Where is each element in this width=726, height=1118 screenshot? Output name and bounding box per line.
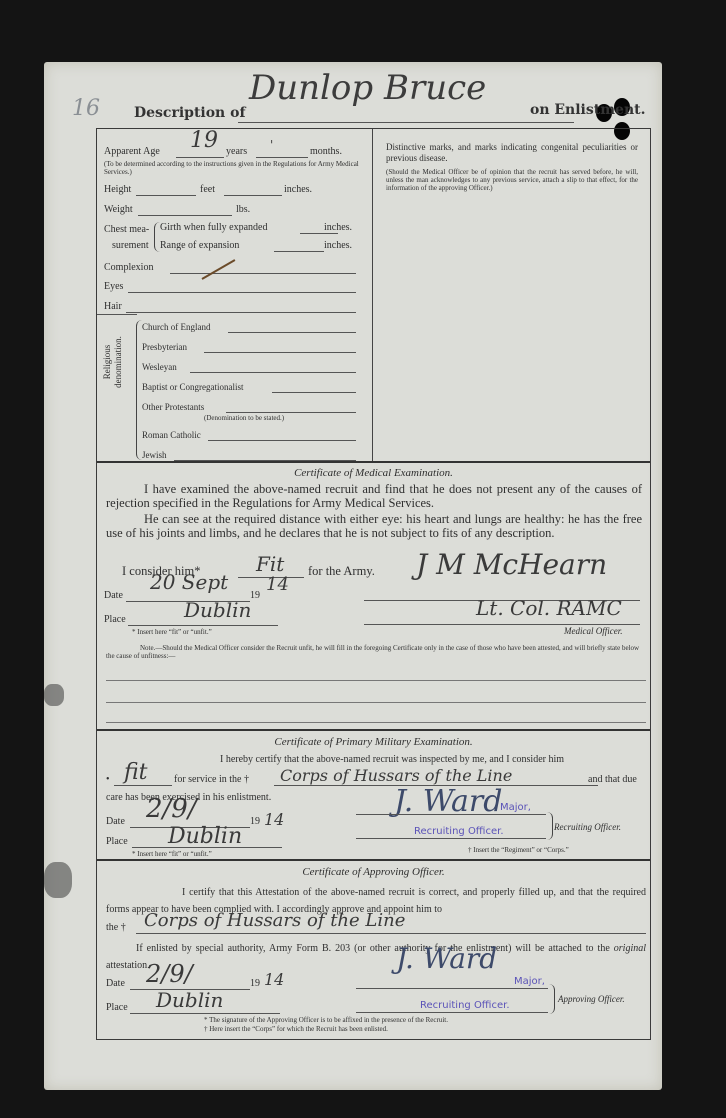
- lbs-label: lbs.: [236, 204, 250, 216]
- medical-para-2: He can see at the required distance with…: [106, 512, 642, 540]
- religion-side-label-line1: Religious: [102, 322, 113, 402]
- range-line: [274, 251, 324, 252]
- religion-side-label-line2: denomination.: [113, 322, 124, 402]
- section-divider: [97, 859, 650, 861]
- medical-date-label: Date: [104, 590, 123, 602]
- and-that-due: and that due: [588, 774, 637, 786]
- religion-line: [204, 352, 356, 353]
- recruiting-stamp-title: Recruiting Officer.: [414, 826, 504, 837]
- medical-place-label: Place: [104, 614, 126, 626]
- primary-year-prefix: 19: [250, 816, 260, 828]
- eyes-label: Eyes: [104, 281, 123, 293]
- primary-date-value: 2/9/: [146, 794, 197, 824]
- other-protestants-note: (Denomination to be stated.): [204, 414, 284, 422]
- girth-label: Girth when fully expanded: [160, 222, 267, 234]
- months-label: months.: [310, 146, 342, 158]
- weight-line: [138, 215, 232, 216]
- enlistment-form-page: 16 Description of Dunlop Bruce on Enlist…: [44, 62, 662, 1090]
- complexion-line: [170, 273, 356, 274]
- regiment-note: † Insert the “Regiment” or “Corps.”: [468, 846, 569, 854]
- medical-year-value: 14: [266, 574, 289, 595]
- religion-roman-catholic: Roman Catholic: [142, 430, 201, 441]
- service-value: Corps of Hussars of the Line: [280, 766, 512, 785]
- religion-line: [272, 392, 356, 393]
- section-divider: [97, 461, 650, 463]
- religion-jewish: Jewish: [142, 450, 167, 461]
- unfitness-line: [106, 680, 646, 681]
- age-years-value: 19: [190, 128, 218, 153]
- approving-year-prefix: 19: [250, 978, 260, 990]
- approving-brace: [548, 984, 555, 1014]
- weight-label: Weight: [104, 204, 133, 216]
- medical-officer-rank: Lt. Col. RAMC: [476, 596, 622, 620]
- height-label: Height: [104, 184, 131, 196]
- section-divider: [97, 729, 650, 731]
- medical-officer-signature: J M McHearn: [416, 548, 607, 581]
- medical-officer-label: Medical Officer.: [564, 626, 622, 637]
- primary-year-value: 14: [264, 810, 284, 829]
- approving-officer-label: Approving Officer.: [558, 994, 625, 1005]
- approving-para-2-end: attestation.: [106, 960, 150, 971]
- medical-para-1-text: I have examined the above-named recruit …: [106, 482, 642, 510]
- unfitness-line: [106, 702, 646, 703]
- approving-para-2-text: If enlisted by special authority, Army F…: [136, 943, 610, 954]
- recruiting-stamp-rank: Major,: [500, 802, 531, 813]
- the-label: the †: [106, 922, 126, 934]
- complexion-label: Complexion: [104, 262, 153, 274]
- primary-line-1: I hereby certify that the above-named re…: [220, 754, 646, 766]
- eyes-line: [128, 292, 356, 293]
- primary-insert-note: * Insert here “fit” or “unfit.”: [132, 850, 212, 858]
- approving-year-value: 14: [264, 970, 284, 989]
- approving-officer-signature: J. Ward: [396, 942, 497, 975]
- unfitness-line: [106, 722, 646, 723]
- medical-insert-note: * Insert here “fit” or “unfit.”: [132, 628, 212, 636]
- religion-wesleyan: Wesleyan: [142, 362, 177, 373]
- primary-place-label: Place: [106, 836, 128, 848]
- height-feet-line: [136, 195, 196, 196]
- religion-line: [228, 332, 356, 333]
- medical-year-prefix: 19: [250, 590, 260, 602]
- header-suffix: on Enlistment.: [530, 102, 645, 118]
- service-label: for service in the †: [174, 774, 249, 786]
- medical-place-value: Dublin: [184, 598, 251, 622]
- header-prefix: Description of: [134, 105, 245, 121]
- inches-label: inches.: [284, 184, 312, 196]
- medical-para-1: I have examined the above-named recruit …: [106, 482, 642, 510]
- religion-line: [190, 372, 356, 373]
- age-note: (To be determined according to the instr…: [104, 160, 364, 176]
- hair-divider: [97, 314, 137, 315]
- range-label: Range of expansion: [160, 240, 239, 252]
- primary-fit-star: •: [106, 774, 110, 786]
- approving-stamp-title: Recruiting Officer.: [420, 1000, 510, 1011]
- medical-date-value: 20 Sept: [150, 570, 228, 594]
- recruit-name: Dunlop Bruce: [249, 68, 486, 108]
- religion-line: [226, 412, 356, 413]
- approving-para-2-original: original: [614, 943, 646, 954]
- religion-church-of-england: Church of England: [142, 322, 210, 333]
- distinctive-marks-note: (Should the Medical Officer be of opinio…: [386, 168, 638, 192]
- primary-place-value: Dublin: [168, 824, 242, 849]
- medical-certificate-title: Certificate of Medical Examination.: [97, 467, 650, 479]
- for-army-label: for the Army.: [308, 564, 375, 578]
- recruiting-stamp-line: [356, 838, 546, 839]
- medical-fit-value: Fit: [256, 552, 284, 576]
- height-inches-line: [224, 195, 282, 196]
- approving-signature-line: [356, 988, 548, 989]
- range-inches-label: inches.: [324, 240, 352, 252]
- approving-stamp-rank: Major,: [514, 976, 545, 987]
- recruiting-signature-line: [356, 814, 546, 815]
- chest-label-2: surement: [112, 240, 149, 252]
- approving-title: Certificate of Approving Officer.: [97, 866, 650, 878]
- recruiting-brace: [546, 812, 553, 840]
- girth-inches-label: inches.: [324, 222, 352, 234]
- religion-other-protestants: Other Protestants: [142, 402, 204, 413]
- religion-line: [208, 440, 356, 441]
- approving-place-label: Place: [106, 1002, 128, 1014]
- approving-date-label: Date: [106, 978, 125, 990]
- medical-para-2-text: He can see at the required distance with…: [106, 512, 642, 540]
- hair-line: [126, 312, 356, 313]
- approving-corps-value: Corps of Hussars of the Line: [144, 910, 405, 931]
- medical-place-line: [128, 625, 278, 626]
- name-underline: [238, 122, 574, 123]
- medical-note: Note.—Should the Medical Officer conside…: [106, 644, 644, 660]
- religion-baptist: Baptist or Congregationalist: [142, 382, 244, 393]
- primary-fit-value: fit: [124, 760, 148, 785]
- approving-stamp-line: [356, 1012, 548, 1013]
- age-months-value: ': [270, 138, 273, 152]
- distinctive-marks-heading: Distinctive marks, and marks indicating …: [386, 142, 638, 164]
- approving-place-line: [130, 1013, 280, 1014]
- recruiting-officer-label: Recruiting Officer.: [554, 822, 621, 833]
- primary-fit-line: [114, 785, 172, 786]
- chest-label-1: Chest mea-: [104, 224, 149, 236]
- age-years-line: [176, 157, 224, 158]
- ink-smudge: [44, 862, 72, 898]
- approving-date-value: 2/9/: [146, 960, 193, 988]
- apparent-age-label: Apparent Age: [104, 146, 160, 158]
- approving-footnote-2: † Here insert the “Corps” for which the …: [204, 1025, 388, 1033]
- approving-place-value: Dublin: [156, 988, 223, 1012]
- primary-military-title: Certificate of Primary Military Examinat…: [97, 736, 650, 748]
- column-divider: [372, 129, 373, 461]
- medical-rank-line: [364, 624, 640, 625]
- hair-label: Hair: [104, 301, 122, 313]
- corner-pencil-mark: 16: [72, 96, 100, 121]
- ink-smudge: [44, 684, 64, 706]
- feet-label: feet: [200, 184, 215, 196]
- religion-presbyterian: Presbyterian: [142, 342, 187, 353]
- approving-footnote-1: * The signature of the Approving Officer…: [204, 1016, 448, 1024]
- primary-date-label: Date: [106, 816, 125, 828]
- age-months-line: [256, 157, 308, 158]
- approving-corps-line: [136, 933, 646, 934]
- religion-side-label: Religious denomination.: [102, 322, 124, 402]
- years-label: years: [226, 146, 247, 158]
